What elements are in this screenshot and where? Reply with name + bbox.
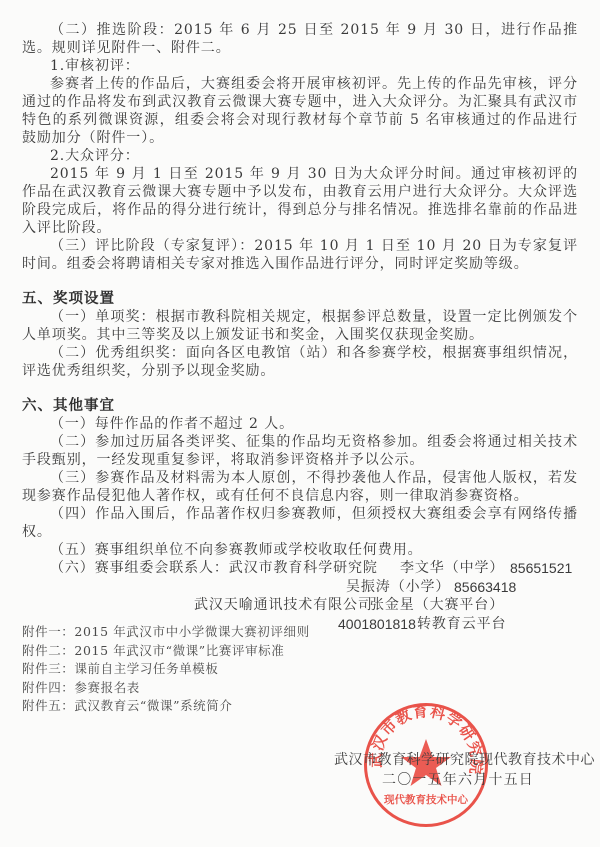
attachment-title: 课前自主学习任务单模板 (74, 661, 218, 676)
spacer (22, 380, 578, 397)
section6-heading: 六、其他事宜 (22, 397, 578, 415)
attachment-item: 附件四：参赛报名表 (22, 679, 310, 698)
section6-item-2: （二）参加过历届各类评奖、征集的作品均无资格参加。组委会将通过相关技术手段甄别，… (22, 433, 578, 469)
attachment-label: 附件四： (22, 680, 74, 695)
section6-item-1: （一）每件作品的作者不超过 2 人。 (22, 415, 578, 433)
stage2-sub2-text: 2015 年 9 月 1 日至 2015 年 9 月 30 日为大众评分时间。通… (22, 165, 578, 237)
contact-row-2: 吴振涛（小学） 85663418 (22, 578, 578, 597)
attachment-label: 附件五： (22, 698, 74, 713)
contact3-note: 转教育云平台 (417, 615, 506, 634)
contact-row-1: （六）赛事组委会联系人：武汉市教育科学研究院 李文华（中学） 85651521 (22, 559, 578, 578)
section6-item-3: （三）参赛作品及材料需为本人原创，不得抄袭他人作品，侵害他人版权，若发现参赛作品… (22, 469, 578, 505)
seal-inner-text: 现代教育技术中心 (383, 793, 468, 806)
attachment-item: 附件一：2015 年武汉市中小学微课大赛初评细则 (22, 623, 310, 642)
contact-block: （六）赛事组委会联系人：武汉市教育科学研究院 李文华（中学） 85651521 … (22, 559, 578, 633)
section6-item-4: （四）作品入围后，作品著作权归参赛教师，但须授权大赛组委会享有网络传播权。 (22, 505, 578, 541)
section5-item-2: （二）优秀组织奖：面向各区电教馆（站）和各参赛学校，根据赛事组织情况，评选优秀组… (22, 344, 578, 380)
attachment-list: 附件一：2015 年武汉市中小学微课大赛初评细则 附件二：2015 年武汉市“微… (22, 623, 310, 716)
contact3-name: 张金星（大赛平台） (370, 596, 504, 615)
stage3-paragraph: （三）评比阶段（专家复评）：2015 年 10 月 1 日至 10 月 20 日… (22, 237, 578, 273)
section5-item-1: （一）单项奖：根据市教科院相关规定，根据参评总数量，设置一定比例颁发个人单项奖。… (22, 308, 578, 344)
attachment-title: 2015 年武汉市“微课”比赛评审标准 (74, 643, 284, 658)
stage2-sub1-title: 1.审核初评： (22, 57, 578, 75)
contact-company: 武汉天喻通讯技术有限公司 (194, 596, 373, 615)
signature-date: 二〇一五年六月十五日 (382, 769, 534, 789)
contact-label: （六）赛事组委会联系人：武汉市教育科学研究院 (50, 559, 378, 578)
spacer (22, 273, 578, 290)
stage2-sub2-title: 2.大众评分： (22, 147, 578, 165)
attachment-label: 附件三： (22, 661, 74, 676)
contact2-name: 吴振涛（小学） (346, 578, 450, 597)
attachment-item: 附件三：课前自主学习任务单模板 (22, 660, 310, 679)
contact-row-3: 武汉天喻通讯技术有限公司 张金星（大赛平台） (22, 596, 578, 615)
attachment-title: 武汉教育云“微课”系统简介 (74, 698, 232, 713)
document-body: （二）推选阶段：2015 年 6 月 25 日至 2015 年 9 月 30 日… (22, 21, 578, 633)
contact1-name: 李文华（中学） (400, 559, 504, 578)
attachment-item: 附件五：武汉教育云“微课”系统简介 (22, 697, 310, 716)
attachment-label: 附件一： (22, 624, 74, 639)
attachment-title: 2015 年武汉市中小学微课大赛初评细则 (74, 624, 309, 639)
signature-organization: 武汉市教育科学研究院现代教育技术中心 (334, 749, 595, 769)
stage2-sub1-text: 参赛者上传的作品后，大赛组委会将开展审核初评。先上传的作品先审核，评分通过的作品… (22, 75, 578, 147)
contact3-phone: 4001801818 (338, 615, 416, 634)
section5-heading: 五、奖项设置 (22, 290, 578, 308)
section6-item-5: （五）赛事组织单位不向参赛教师或学校收取任何费用。 (22, 541, 578, 559)
attachment-item: 附件二：2015 年武汉市“微课”比赛评审标准 (22, 642, 310, 661)
attachment-title: 参赛报名表 (74, 680, 140, 695)
attachment-label: 附件二： (22, 643, 74, 658)
contact2-phone: 85663418 (454, 578, 516, 597)
contact1-phone: 85651521 (510, 559, 572, 578)
stage2-paragraph: （二）推选阶段：2015 年 6 月 25 日至 2015 年 9 月 30 日… (22, 21, 578, 57)
